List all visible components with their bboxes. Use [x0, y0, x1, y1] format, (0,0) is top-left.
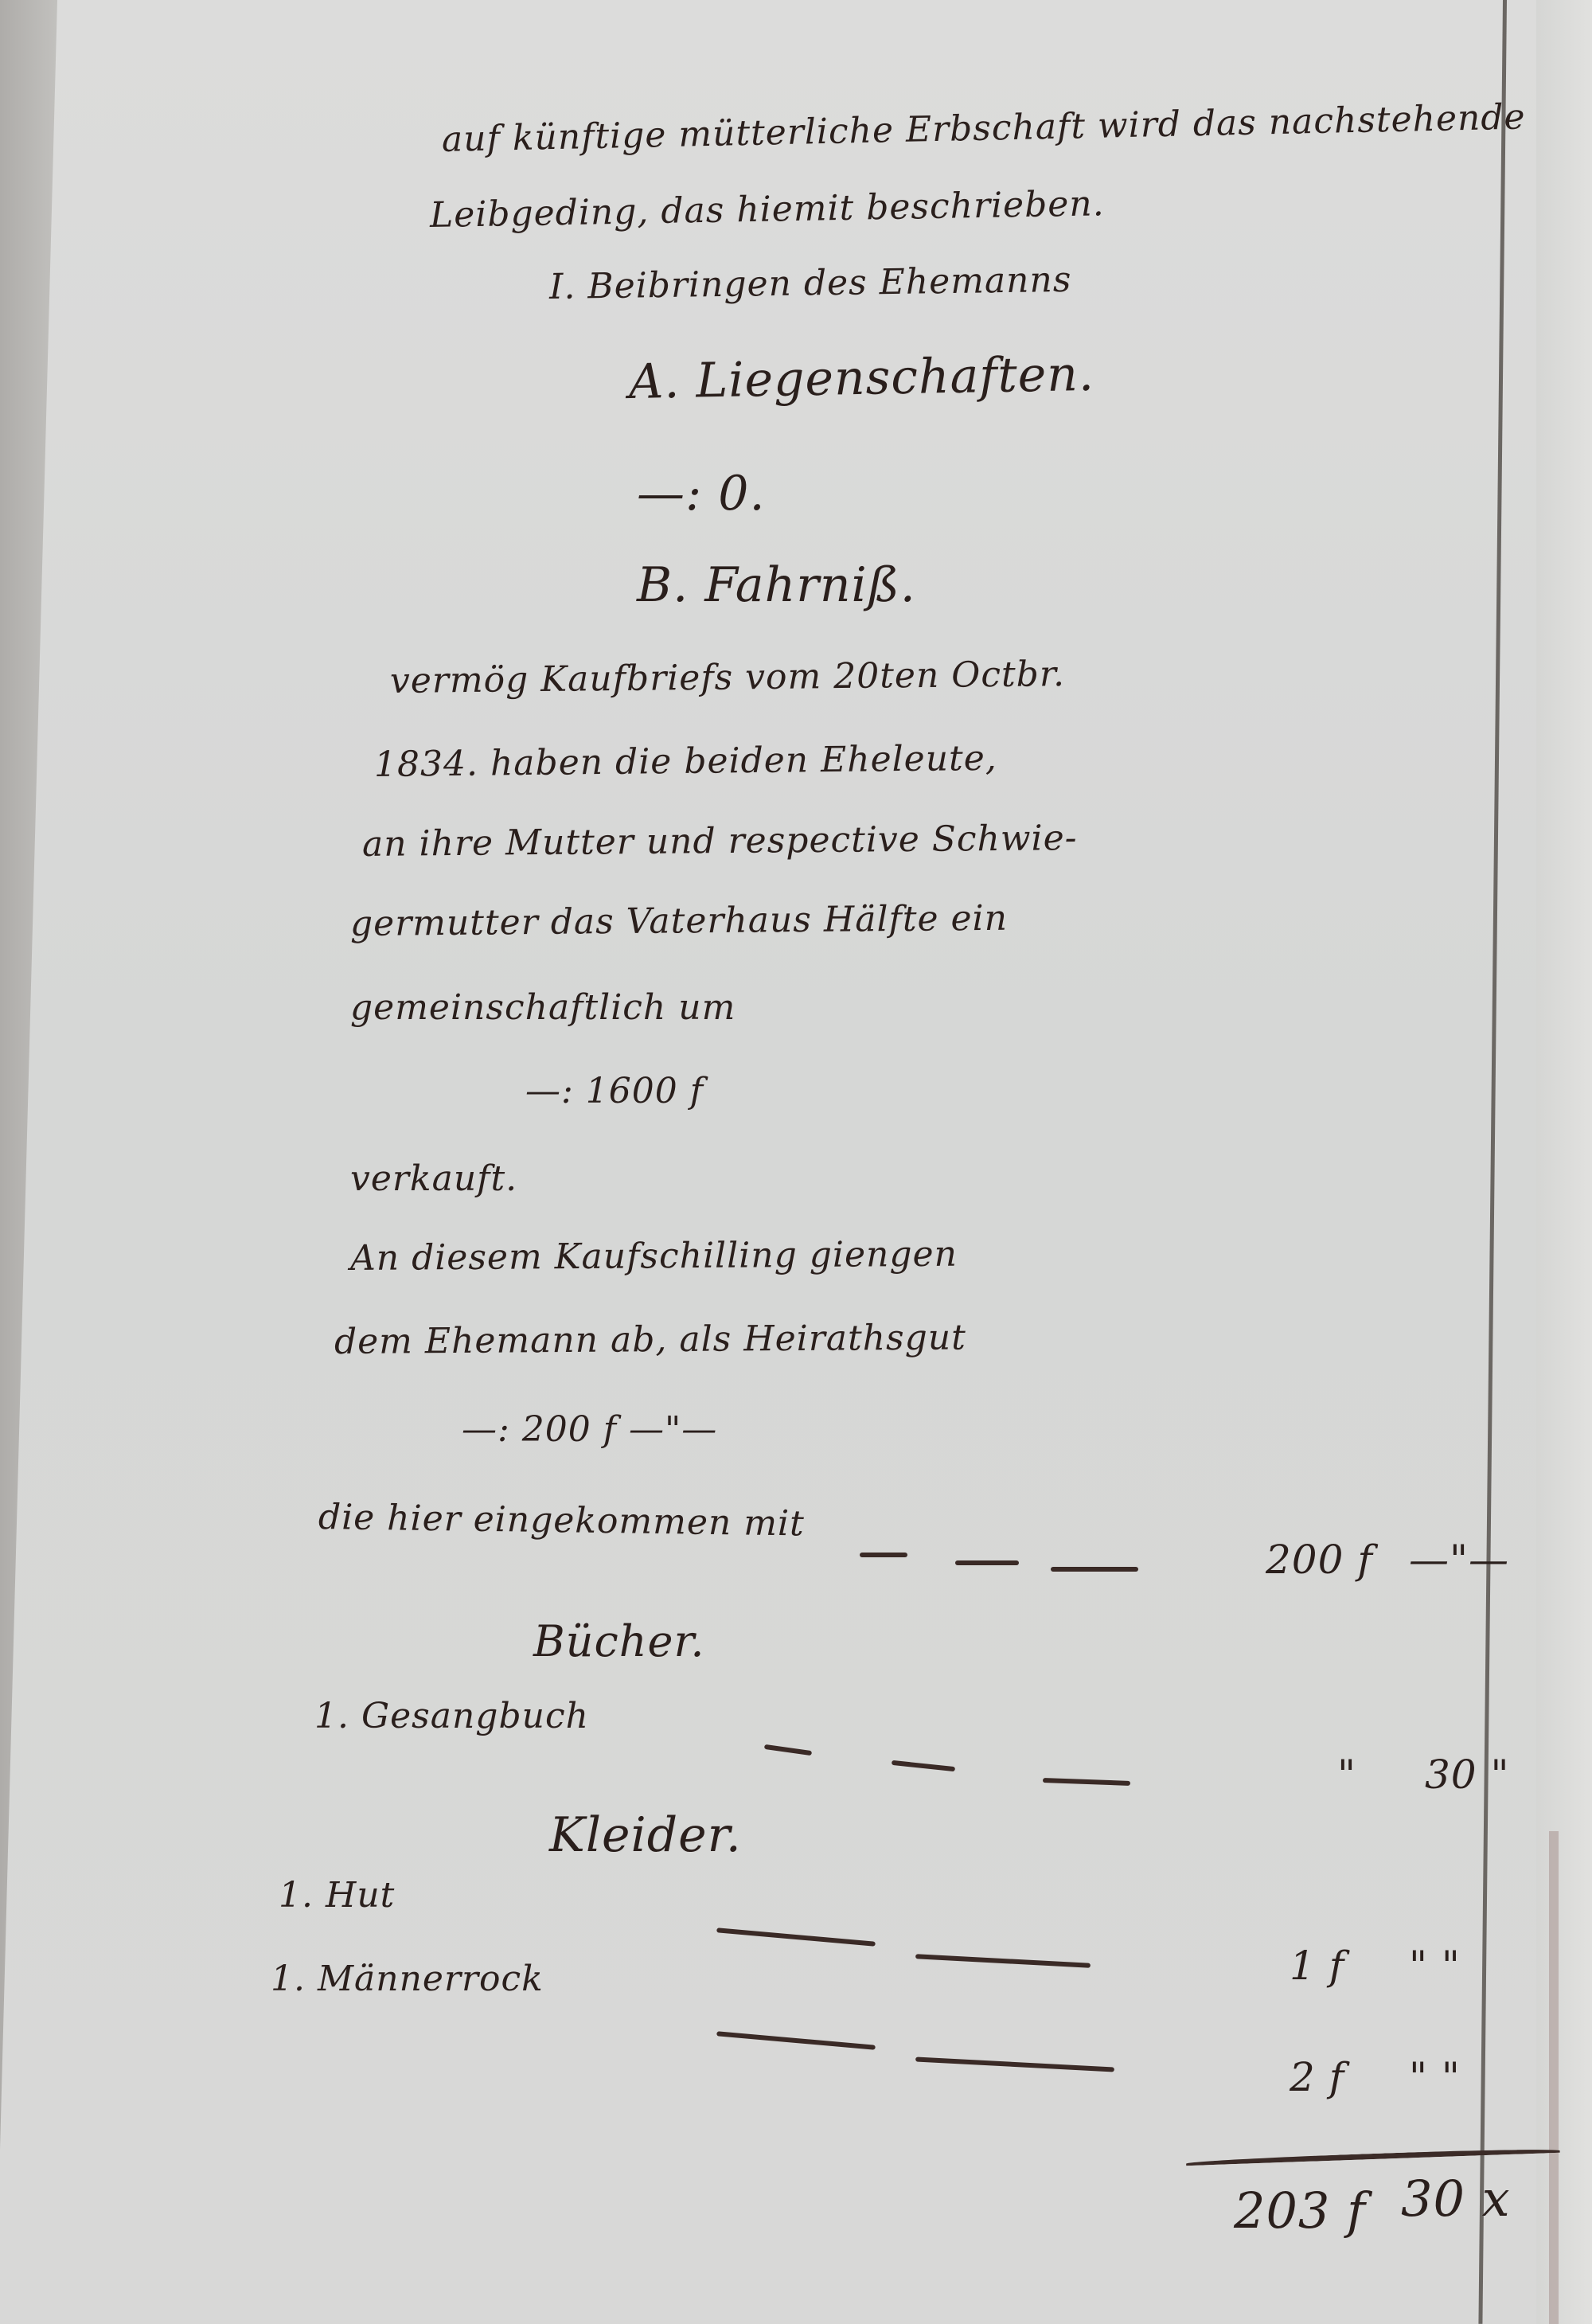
ledger-row-gesangbuch-label: 1. Gesangbuch	[314, 1696, 589, 1736]
ledger-row-hut-kr: " "	[1409, 1943, 1461, 1989]
liegenschaften-value: —: 0.	[637, 466, 766, 521]
ledger-row-gesangbuch-fl: "	[1337, 1752, 1356, 1798]
amount-1600: —: 1600 f	[525, 1071, 704, 1111]
ledger-row-rock-fl: 2 f	[1290, 2054, 1344, 2100]
ledger-row-hut-fl: 1 f	[1290, 1943, 1344, 1989]
text-line-mutter: an ihre Mutter und respective Schwie-	[362, 818, 1078, 865]
amount-200: —: 200 f —"—	[462, 1409, 717, 1450]
text-line-kaufschilling: An diesem Kaufschilling giengen	[350, 1234, 958, 1279]
total-fl: 203 f	[1234, 2181, 1366, 2240]
text-line-gemeinschaftlich: gemeinschaftlich um	[350, 987, 736, 1028]
text-line-heirathsgut: dem Ehemann ab, als Heirathsgut	[334, 1317, 966, 1362]
section-heading-beibringen: I. Beibringen des Ehemanns	[549, 260, 1072, 307]
heading-fahrniss: B. Fahrniß.	[637, 557, 916, 613]
text-line-1834: 1834. haben die beiden Eheleute,	[374, 738, 997, 785]
ledger-row-rock-label: 1. Männerrock	[271, 1959, 544, 1999]
text-line-schwiegermutter: germutter das Vaterhaus Hälfte ein	[350, 898, 1008, 944]
ledger-row-eingekommen-kr: —"—	[1409, 1537, 1509, 1583]
ledger-row-hut-label: 1. Hut	[279, 1875, 395, 1916]
ledger-row-eingekommen-fl: 200 f	[1266, 1537, 1373, 1583]
heading-liegenschaften: A. Liegenschaften.	[628, 346, 1094, 410]
ledger-row-eingekommen-label: die hier eingekommen mit	[318, 1497, 805, 1545]
ledger-row-gesangbuch-kr: 30 "	[1425, 1752, 1510, 1798]
heading-kleider: Kleider.	[549, 1807, 742, 1863]
ledger-row-rock-kr: " "	[1409, 2054, 1461, 2100]
total-kr: 30 x	[1401, 2170, 1511, 2228]
text-line-verkauft: verkauft.	[350, 1158, 517, 1199]
page-border-shadow	[1549, 1831, 1559, 2324]
text-line-kaufbrief: vermög Kaufbriefs vom 20ten Octbr.	[390, 654, 1066, 701]
heading-buecher: Bücher.	[533, 1616, 705, 1666]
